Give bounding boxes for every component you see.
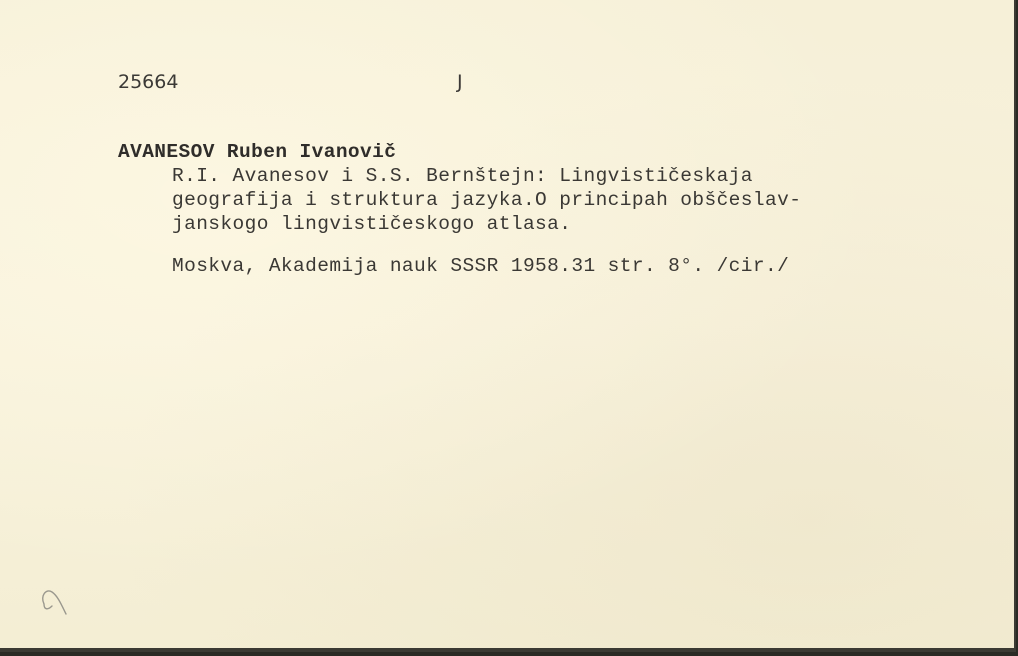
title-line-2: geografija i struktura jazyka.O principa…: [172, 190, 801, 210]
pencil-scribble-icon: [36, 584, 72, 624]
catalog-card: 25664 J AVANESOV Ruben Ivanovič R.I. Ava…: [0, 0, 1016, 652]
call-number: 25664: [118, 72, 178, 92]
author-heading: AVANESOV Ruben Ivanovič: [118, 142, 396, 162]
imprint-line: Moskva, Akademija nauk SSSR 1958.31 str.…: [172, 256, 789, 276]
title-line-1: R.I. Avanesov i S.S. Bernštejn: Lingvist…: [172, 166, 753, 186]
title-line-3: janskogo lingvističeskogo atlasa.: [172, 214, 571, 234]
index-letter: J: [457, 72, 463, 92]
